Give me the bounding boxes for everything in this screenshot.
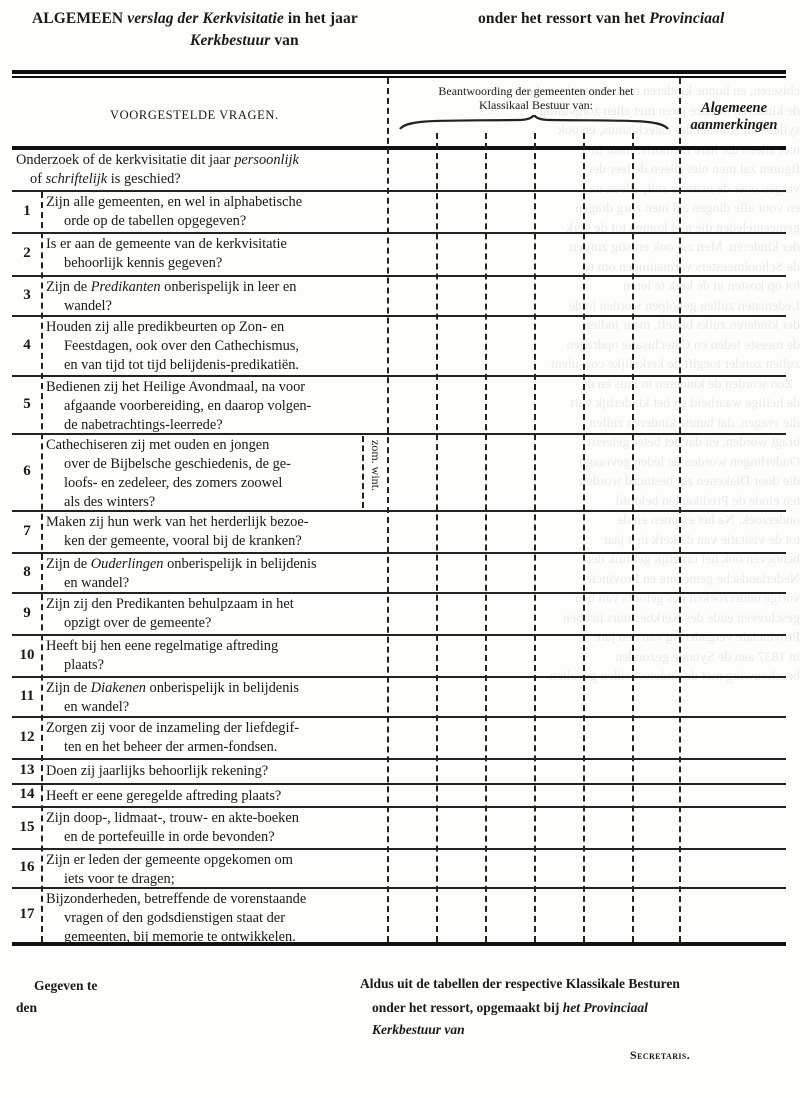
question-line: Zijn er leden der gemeente opgekomen om: [46, 851, 384, 870]
row-separator: [12, 848, 786, 850]
row-separator: [12, 190, 786, 192]
question-number: 17: [14, 906, 40, 923]
question-text: Zijn de Predikanten onberispelijk in lee…: [46, 278, 384, 316]
question-line: Cathechiseren zij met ouden en jongen: [46, 436, 358, 455]
question-line: en wandel?: [46, 574, 384, 593]
row-separator: [12, 375, 786, 377]
footer-signature-secretaris: Secretaris.: [630, 1048, 690, 1063]
question-line: Zijn de Predikanten onberispelijk in lee…: [46, 278, 384, 297]
question-number: 6: [14, 463, 40, 480]
question-number: 4: [14, 337, 40, 354]
footer-opgemaakt: onder het ressort, opgemaakt bij: [372, 1000, 559, 1015]
question-text: Bijzonderheden, betreffende de vorenstaa…: [46, 890, 384, 947]
question-number: 3: [14, 287, 40, 304]
question-line: en wandel?: [46, 698, 384, 717]
title-van: van: [274, 32, 298, 49]
question-text: Is er aan de gemeente van de kerkvisitat…: [46, 235, 384, 273]
question-line: iets voor te dragen;: [46, 870, 384, 889]
title-kerkbestuur: Kerkbestuur: [190, 32, 270, 49]
row-separator: [12, 758, 786, 760]
question-number: 5: [14, 396, 40, 413]
question-number: 10: [14, 647, 40, 664]
row-separator: [12, 552, 786, 554]
question-line: en de portefeuille in orde bevonden?: [46, 828, 384, 847]
question-line: Zijn doop-, lidmaat-, trouw- en akte-boe…: [46, 809, 384, 828]
question-number: 11: [14, 688, 40, 705]
question-line: Zijn de Ouderlingen onberispelijk in bel…: [46, 555, 384, 574]
row-separator: [12, 783, 786, 785]
header-bottom-rule: [12, 146, 786, 150]
remarks-header-line1: Algemeene: [680, 100, 788, 117]
row-separator: [12, 275, 786, 277]
row-separator: [12, 634, 786, 636]
answer-column-divider-1: [436, 133, 438, 942]
question-number: 9: [14, 605, 40, 622]
question-text: Zijn de Diakenen onberispelijk in belijd…: [46, 679, 384, 717]
intro-text-2: of: [16, 171, 42, 187]
answers-column-header: Beantwoording der gemeenten onder het Kl…: [390, 84, 682, 112]
question-text: Cathechiseren zij met ouden en jongenove…: [46, 436, 358, 512]
question-text: Heeft bij hen eene regelmatige aftreding…: [46, 637, 384, 675]
remarks-column-header: Algemeene aanmerkingen: [680, 100, 788, 134]
document-title-line1a: ALGEMEEN verslag der Kerkvisitatie in he…: [32, 10, 358, 28]
question-number: 16: [14, 859, 40, 876]
intro-italic-persoonlijk: persoonlijk: [234, 152, 299, 168]
question-number: 1: [14, 203, 40, 220]
question-number: 2: [14, 245, 40, 262]
remarks-header-line2: aanmerkingen: [680, 117, 788, 134]
footer-right-line1: Aldus uit de tabellen der respective Kla…: [360, 976, 680, 992]
row-separator: [12, 806, 786, 808]
title-ressort: onder het ressort van het: [478, 10, 645, 27]
question-line: afgaande voorbereiding, en daarop volgen…: [46, 397, 384, 416]
footer-van: van: [444, 1022, 464, 1037]
question-text: Zijn zij den Predikanten behulpzaam in h…: [46, 595, 384, 633]
answer-column-divider-4: [583, 133, 585, 942]
answers-header-line1: Beantwoording der gemeenten onder het: [390, 84, 682, 98]
question-line: Is er aan de gemeente van de kerkvisitat…: [46, 235, 384, 254]
questions-column-header: VOORGESTELDE VRAGEN.: [110, 108, 279, 123]
question-text: Zijn er leden der gemeente opgekomen omi…: [46, 851, 384, 889]
question-number: 7: [14, 523, 40, 540]
intro-text-1: Onderzoek of de kerkvisitatie dit jaar: [16, 152, 231, 168]
intro-text-3: is geschied?: [111, 171, 181, 187]
question-text: Zijn alle gemeenten, en wel in alphabeti…: [46, 193, 384, 231]
intro-question: Onderzoek of de kerkvisitatie dit jaar p…: [16, 151, 384, 189]
title-bold: ALGEMEEN: [32, 10, 123, 27]
question-line: Houden zij alle predikbeurten op Zon- en: [46, 318, 384, 337]
footer-provinciaal: het Provinciaal: [563, 1000, 648, 1015]
row-separator: [12, 676, 786, 678]
footer-date: den: [16, 1000, 37, 1016]
question-text: Heeft er eene geregelde aftreding plaats…: [46, 787, 384, 806]
answer-column-divider-3: [534, 133, 536, 942]
question-number: 12: [14, 729, 40, 746]
answers-header-line2: Klassikaal Bestuur van:: [390, 98, 682, 112]
question-line: opzigt over de gemeente?: [46, 614, 384, 633]
row-separator: [12, 232, 786, 234]
questions-answers-divider: [387, 78, 389, 942]
top-rule: [12, 70, 786, 74]
season-side-label: zom. wint.: [368, 440, 383, 491]
question-line: orde op de tabellen opgegeven?: [46, 212, 384, 231]
answer-column-divider-2: [485, 133, 487, 942]
answer-column-divider-5: [632, 133, 634, 942]
question-text: Bedienen zij het Heilige Avondmaal, na v…: [46, 378, 384, 435]
question-line: ten en het beheer der armen-fondsen.: [46, 738, 384, 757]
footer-given-at: Gegeven te: [34, 978, 97, 994]
question-line: Doen zij jaarlijks behoorlijk rekening?: [46, 762, 384, 781]
question-line: Heeft er eene geregelde aftreding plaats…: [46, 787, 384, 806]
question-text: Maken zij hun werk van het herderlijk be…: [46, 513, 384, 551]
curly-brace-icon: [398, 115, 670, 131]
bleed-through-text: chiseren, en hunne kinderen naar de rege…: [390, 82, 800, 942]
question-number: 15: [14, 819, 40, 836]
question-line: ken der gemeente, vooral bij de kranken?: [46, 532, 384, 551]
question-line: Heeft bij hen eene regelmatige aftreding: [46, 637, 384, 656]
question-line: Zijn de Diakenen onberispelijk in belijd…: [46, 679, 384, 698]
question-line: behoorlijk kennis gegeven?: [46, 254, 384, 273]
question-text: Houden zij alle predikbeurten op Zon- en…: [46, 318, 384, 375]
document-title-line2: Kerkbestuur van: [190, 32, 299, 50]
title-tail: in het jaar: [288, 10, 358, 27]
question-line: de nabetrachtings-leerrede?: [46, 416, 384, 435]
intro-italic-schriftelijk: schriftelijk: [46, 171, 108, 187]
question-number: 8: [14, 564, 40, 581]
question-number: 13: [14, 762, 40, 779]
question-line: als des winters?: [46, 493, 358, 512]
question-line: over de Bijbelsche geschiedenis, de ge-: [46, 455, 358, 474]
question-text: Doen zij jaarlijks behoorlijk rekening?: [46, 762, 384, 781]
question-line: plaats?: [46, 656, 384, 675]
question-line: Bijzonderheden, betreffende de vorenstaa…: [46, 890, 384, 909]
footer-kerkbestuur: Kerkbestuur: [372, 1022, 441, 1037]
question-text: Zorgen zij voor de inzameling der liefde…: [46, 719, 384, 757]
top-rule-thin: [12, 76, 786, 78]
question-line: wandel?: [46, 297, 384, 316]
question-line: gemeenten, bij memorie te ontwikkelen.: [46, 928, 384, 947]
question-line: Maken zij hun werk van het herderlijk be…: [46, 513, 384, 532]
question-text: Zijn de Ouderlingen onberispelijk in bel…: [46, 555, 384, 593]
season-label-divider: [362, 436, 364, 508]
document-title-line1b: onder het ressort van het Provinciaal: [478, 10, 724, 28]
question-line: Zorgen zij voor de inzameling der liefde…: [46, 719, 384, 738]
question-line: en van tijd tot tijd belijdenis-predikat…: [46, 356, 384, 375]
number-column-divider: [41, 192, 43, 942]
footer-right-line2: onder het ressort, opgemaakt bij het Pro…: [372, 1000, 648, 1016]
question-line: Zijn zij den Predikanten behulpzaam in h…: [46, 595, 384, 614]
question-line: loofs- en zedeleer, des zomers zoowel: [46, 474, 358, 493]
title-italic: verslag der Kerkvisitatie: [127, 10, 284, 27]
question-line: Bedienen zij het Heilige Avondmaal, na v…: [46, 378, 384, 397]
question-number: 14: [14, 786, 40, 803]
question-text: Zijn doop-, lidmaat-, trouw- en akte-boe…: [46, 809, 384, 847]
footer-right-line3: Kerkbestuur van: [372, 1022, 465, 1038]
title-provinciaal: Provinciaal: [649, 10, 724, 27]
question-line: Feestdagen, ook over den Cathechismus,: [46, 337, 384, 356]
question-line: vragen of den godsdienstigen staat der: [46, 909, 384, 928]
answers-remarks-divider: [679, 78, 681, 942]
question-line: Zijn alle gemeenten, en wel in alphabeti…: [46, 193, 384, 212]
